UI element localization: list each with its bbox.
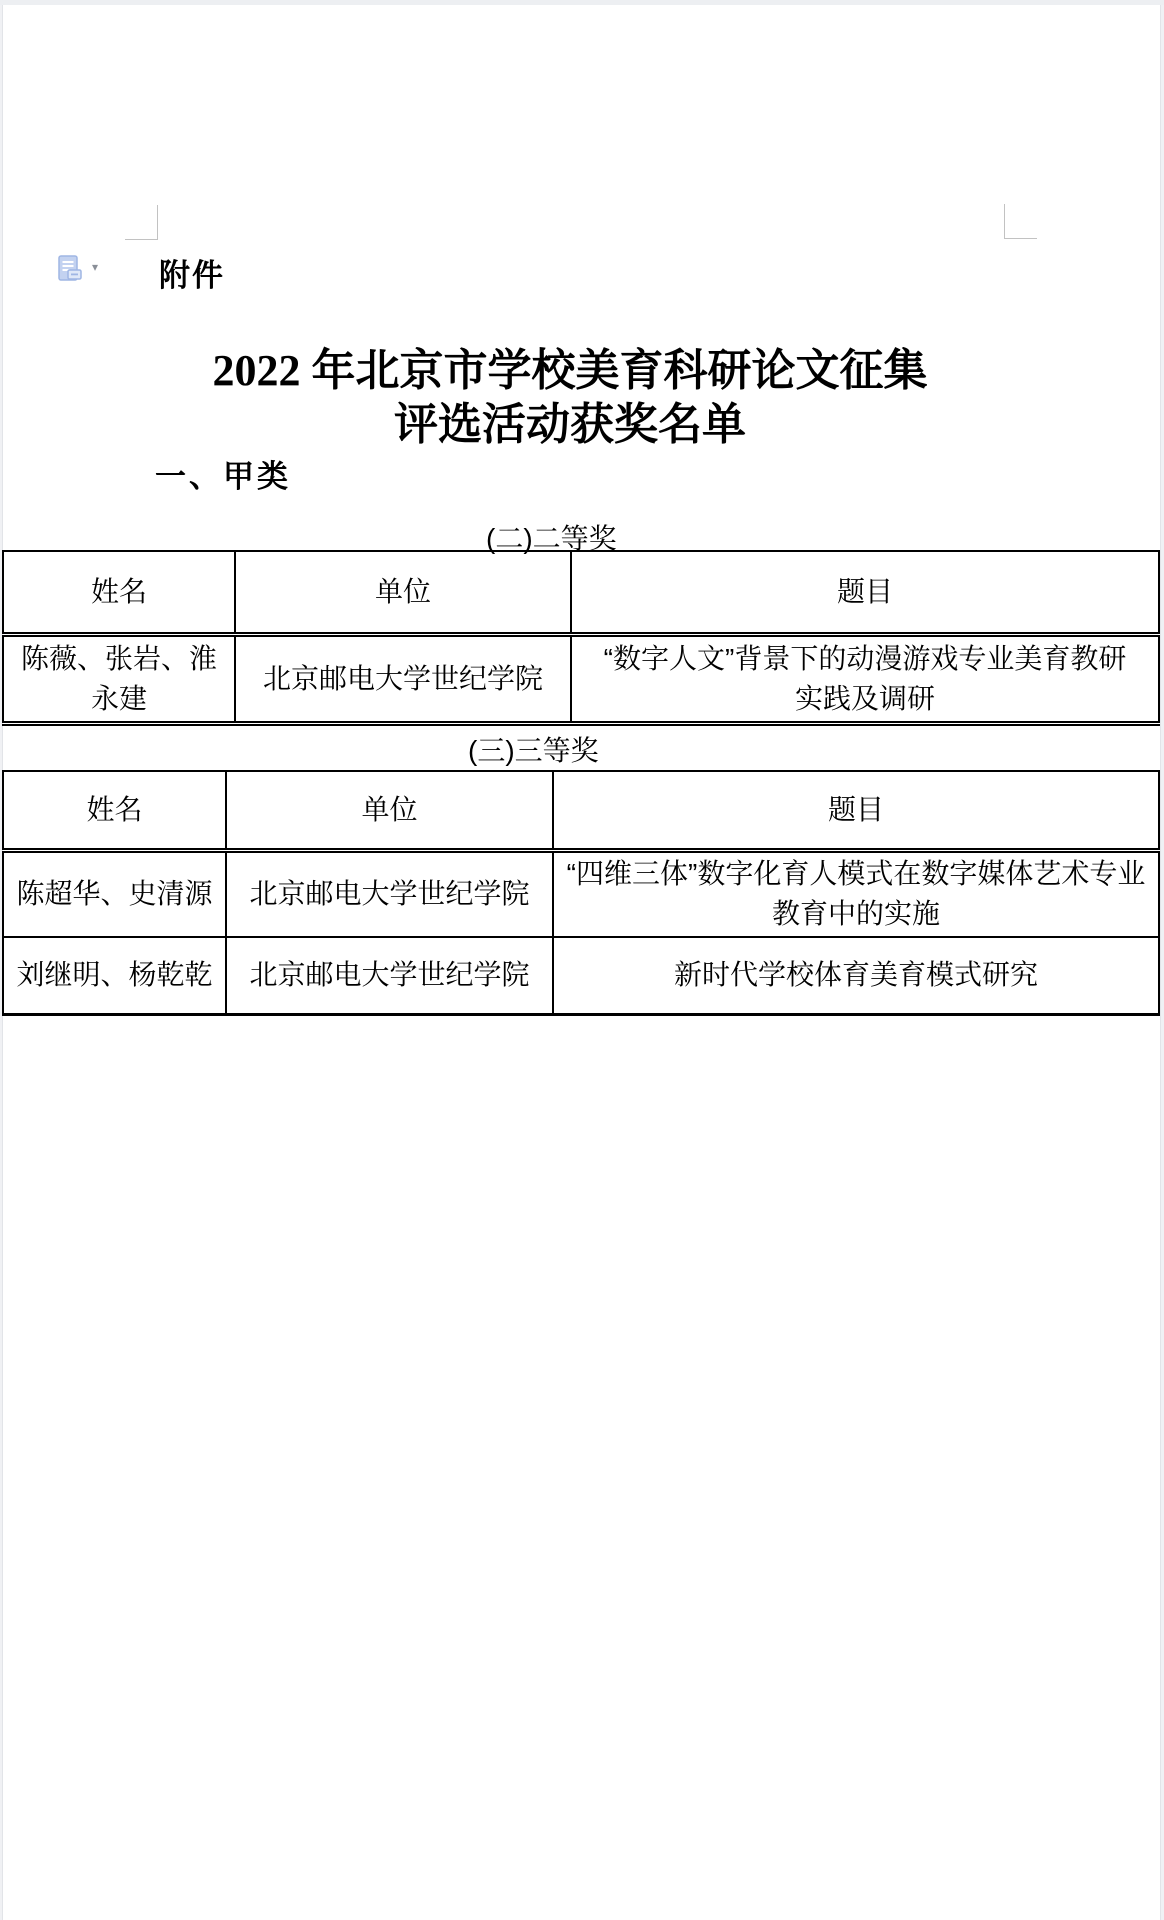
page-right-edge (1160, 5, 1164, 1920)
cell-title: “数字人文”背景下的动漫游戏专业美育教研 实践及调研 (571, 634, 1159, 723)
col-header-unit: 单位 (235, 551, 571, 634)
col-header-title: 题目 (571, 551, 1159, 634)
section-heading-category-a: 一、甲类 (155, 451, 291, 496)
second-prize-table: 姓名 单位 题目 陈薇、张岩、淮 永建 北京邮电大学世纪学院 “数字人文”背景下… (2, 550, 1160, 726)
col-header-unit: 单位 (226, 771, 553, 850)
third-prize-heading: (三)三等奖 (468, 729, 599, 769)
cell-title: “四维三体”数字化育人模式在数字媒体艺术专业 教育中的实施 (553, 850, 1159, 937)
cell-unit: 北京邮电大学世纪学院 (226, 850, 553, 937)
col-header-title: 题目 (553, 771, 1159, 850)
cell-name: 刘继明、杨乾乾 (3, 937, 226, 1014)
paste-options-icon (58, 255, 82, 281)
table-row: 刘继明、杨乾乾 北京邮电大学世纪学院 新时代学校体育美育模式研究 (3, 937, 1159, 1014)
document-title-line1: 2022 年北京市学校美育科研论文征集 (213, 346, 928, 395)
document-title: 2022 年北京市学校美育科研论文征集 评选活动获奖名单 (0, 344, 1140, 452)
table-header-row: 姓名 单位 题目 (3, 771, 1159, 850)
cell-title: 新时代学校体育美育模式研究 (553, 937, 1159, 1014)
cell-name: 陈超华、史清源 (3, 850, 226, 937)
table-row: 陈薇、张岩、淮 永建 北京邮电大学世纪学院 “数字人文”背景下的动漫游戏专业美育… (3, 634, 1159, 723)
page-top-edge (0, 0, 1164, 5)
chevron-down-icon[interactable]: ▾ (92, 261, 98, 273)
third-prize-table: 姓名 单位 题目 陈超华、史清源 北京邮电大学世纪学院 “四维三体”数字化育人模… (2, 770, 1160, 1016)
cell-unit: 北京邮电大学世纪学院 (226, 937, 553, 1014)
col-header-name: 姓名 (3, 551, 235, 634)
table-header-row: 姓名 单位 题目 (3, 551, 1159, 634)
col-header-name: 姓名 (3, 771, 226, 850)
text-boundary-corner-right (1004, 204, 1037, 239)
cell-unit: 北京邮电大学世纪学院 (235, 634, 571, 723)
cell-name: 陈薇、张岩、淮 永建 (3, 634, 235, 723)
text-boundary-corner-left (125, 205, 158, 240)
paste-options-button[interactable]: ▾ (58, 253, 106, 283)
attachment-label: 附件 (159, 250, 225, 295)
table-row: 陈超华、史清源 北京邮电大学世纪学院 “四维三体”数字化育人模式在数字媒体艺术专… (3, 850, 1159, 937)
document-title-line2: 评选活动获奖名单 (394, 400, 746, 449)
